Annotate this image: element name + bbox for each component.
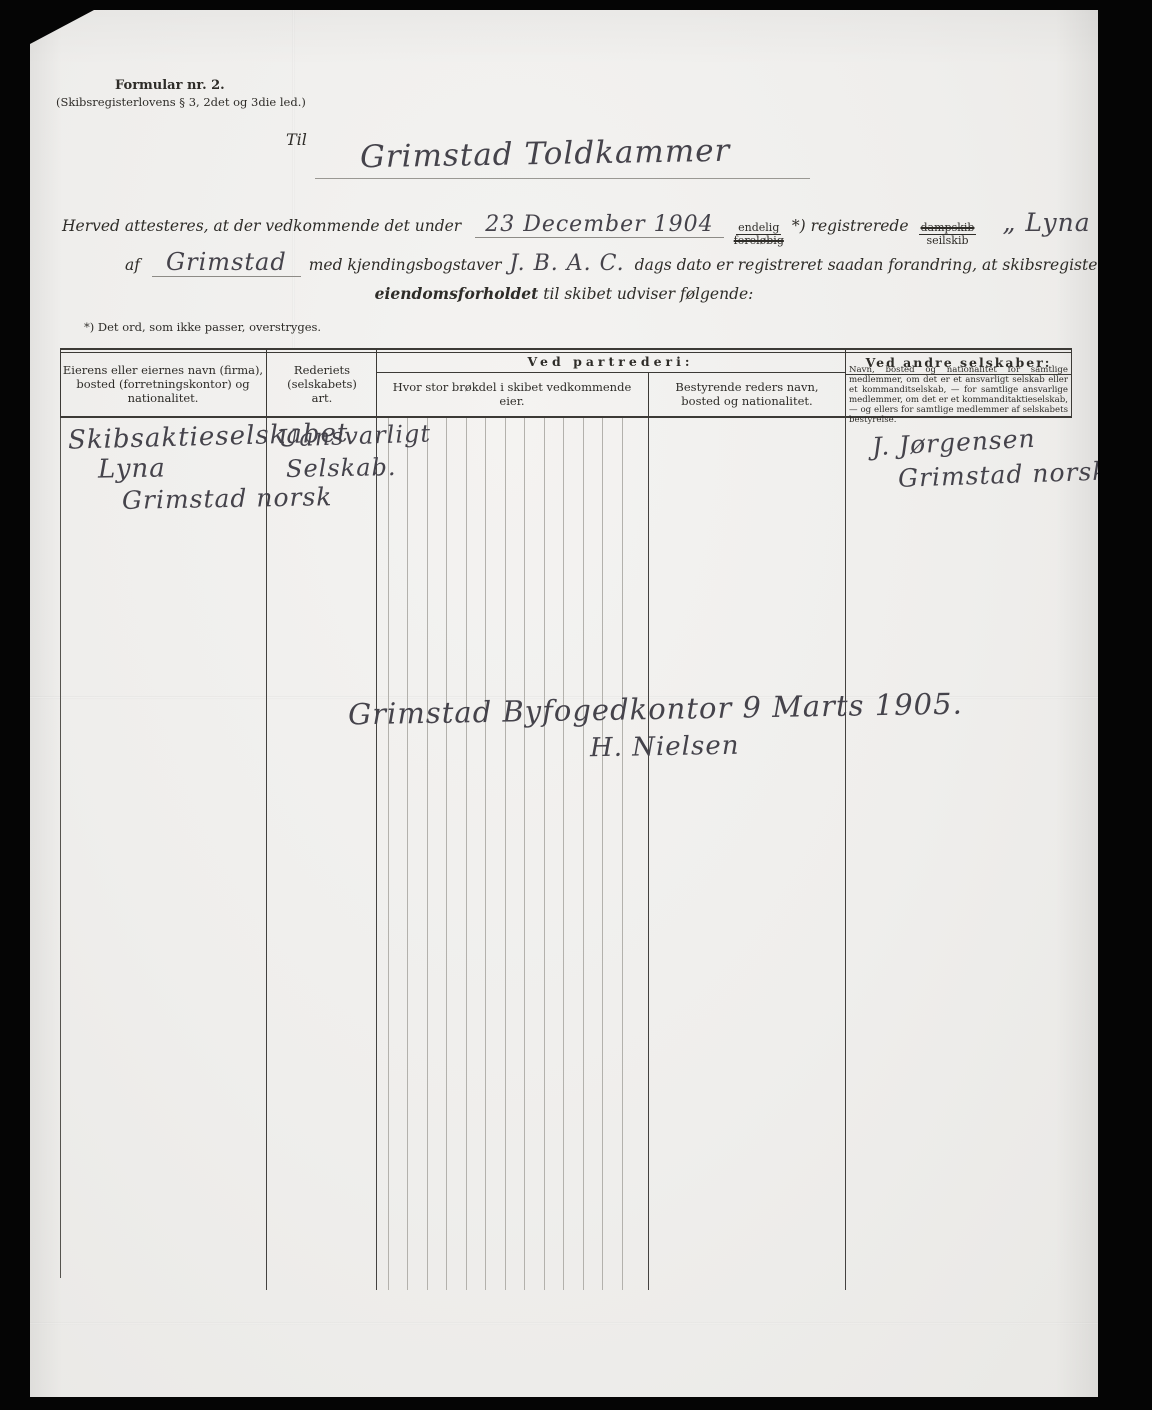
fraction-subline <box>583 418 584 1290</box>
company-type-entry-line1: Uansvarligt <box>278 419 432 452</box>
column-header-owner: Eierens eller eiernes navn (firma), bost… <box>62 363 264 405</box>
company-type-entry-line2: Selskab. <box>286 453 397 483</box>
attestation-line2-post: dags dato er registreret saadan forandri… <box>635 256 1152 274</box>
fraction-subline <box>446 418 447 1290</box>
fraction-subline <box>388 418 389 1290</box>
shiptype-kept-seilskib: seilskib <box>926 235 968 247</box>
group-header-partnership: Ved partrederi: <box>528 354 694 369</box>
table-left-border-header <box>60 348 61 418</box>
other-company-entry-line1: J. Jørgensen <box>871 424 1036 462</box>
attestation-line1-mid: *) registrerede <box>792 217 909 235</box>
word-choice-shiptype: dampskib seilskib <box>919 222 977 247</box>
table-left-border-body <box>60 418 61 1278</box>
scanned-document-page: { "form": { "number": "Formular nr. 2.",… <box>0 0 1152 1410</box>
attestation-line2-mid: med kjendingsbogstaver <box>309 256 502 274</box>
paper-sheet: Formular nr. 2. (Skibsregisterlovens § 3… <box>30 10 1098 1397</box>
other-company-entry-line2: Grimstad norsk. <box>898 456 1118 493</box>
column-header-manager: Bestyrende reders navn, bosted og nation… <box>658 380 836 408</box>
attestation-line2-pre: af <box>125 256 140 274</box>
column-header-fraction: Hvor stor brøkdel i skibet vedkommende e… <box>386 380 638 408</box>
recipient-fill-line <box>315 178 810 179</box>
date-handwritten: 23 December 1904 <box>475 212 723 238</box>
word-struck-forelobig: foreløbig <box>734 235 784 247</box>
divider-col3-col4-header <box>648 372 649 418</box>
attestation-line1-pre: Herved attesteres, at der vedkommende de… <box>62 217 461 235</box>
fraction-subline <box>485 418 486 1290</box>
fraction-subline <box>602 418 603 1290</box>
attestation-keyword: eiendomsforholdet <box>375 284 539 303</box>
ship-name-fill-line <box>1121 230 1152 231</box>
fraction-subline <box>524 418 525 1290</box>
divider-col1-col2-body <box>266 418 267 1290</box>
owner-entry-line2: Lyna <box>98 453 166 484</box>
signature-place-date: Grimstad Byfogedkontor 9 Marts 1905. <box>348 687 963 732</box>
other-companies-note: Navn, bosted og nationalitet for samtlig… <box>849 365 1068 425</box>
owner-entry-line3: Grimstad norsk <box>122 482 333 515</box>
paper-crease-horizontal-lower <box>30 1322 1098 1325</box>
footnote: *) Det ord, som ikke passer, overstryges… <box>84 320 321 334</box>
recipient-handwritten: Grimstad Toldkammer <box>360 133 731 175</box>
ship-name-handwritten: „ Lyna “ <box>1002 208 1113 237</box>
divider-col1-col2-header <box>266 348 267 418</box>
attestation-line3-rest: til skibet udviser følgende: <box>538 285 753 303</box>
signature-name: H. Nielsen <box>590 731 740 764</box>
fraction-subline <box>505 418 506 1290</box>
fraction-subline <box>563 418 564 1290</box>
home-port-handwritten: Grimstad <box>152 248 301 277</box>
to-label: Til <box>286 130 307 149</box>
form-number: Formular nr. 2. <box>115 78 225 93</box>
word-choice-final-provisional: endelig foreløbig <box>734 222 784 247</box>
fraction-subline <box>622 418 623 1290</box>
fraction-subline <box>427 418 428 1290</box>
divider-col3-col4-body <box>648 418 649 1290</box>
divider-col2-col3-body <box>376 418 377 1290</box>
form-law-reference: (Skibsregisterlovens § 3, 2det og 3die l… <box>56 95 306 109</box>
divider-col4-col5-body <box>845 418 846 1290</box>
fraction-subline <box>544 418 545 1290</box>
signal-letters-handwritten: J. B. A. C. <box>509 251 624 276</box>
fraction-subline <box>466 418 467 1290</box>
fraction-subline <box>407 418 408 1290</box>
column-header-company-type: Rederiets (selskabets) art. <box>278 363 366 405</box>
